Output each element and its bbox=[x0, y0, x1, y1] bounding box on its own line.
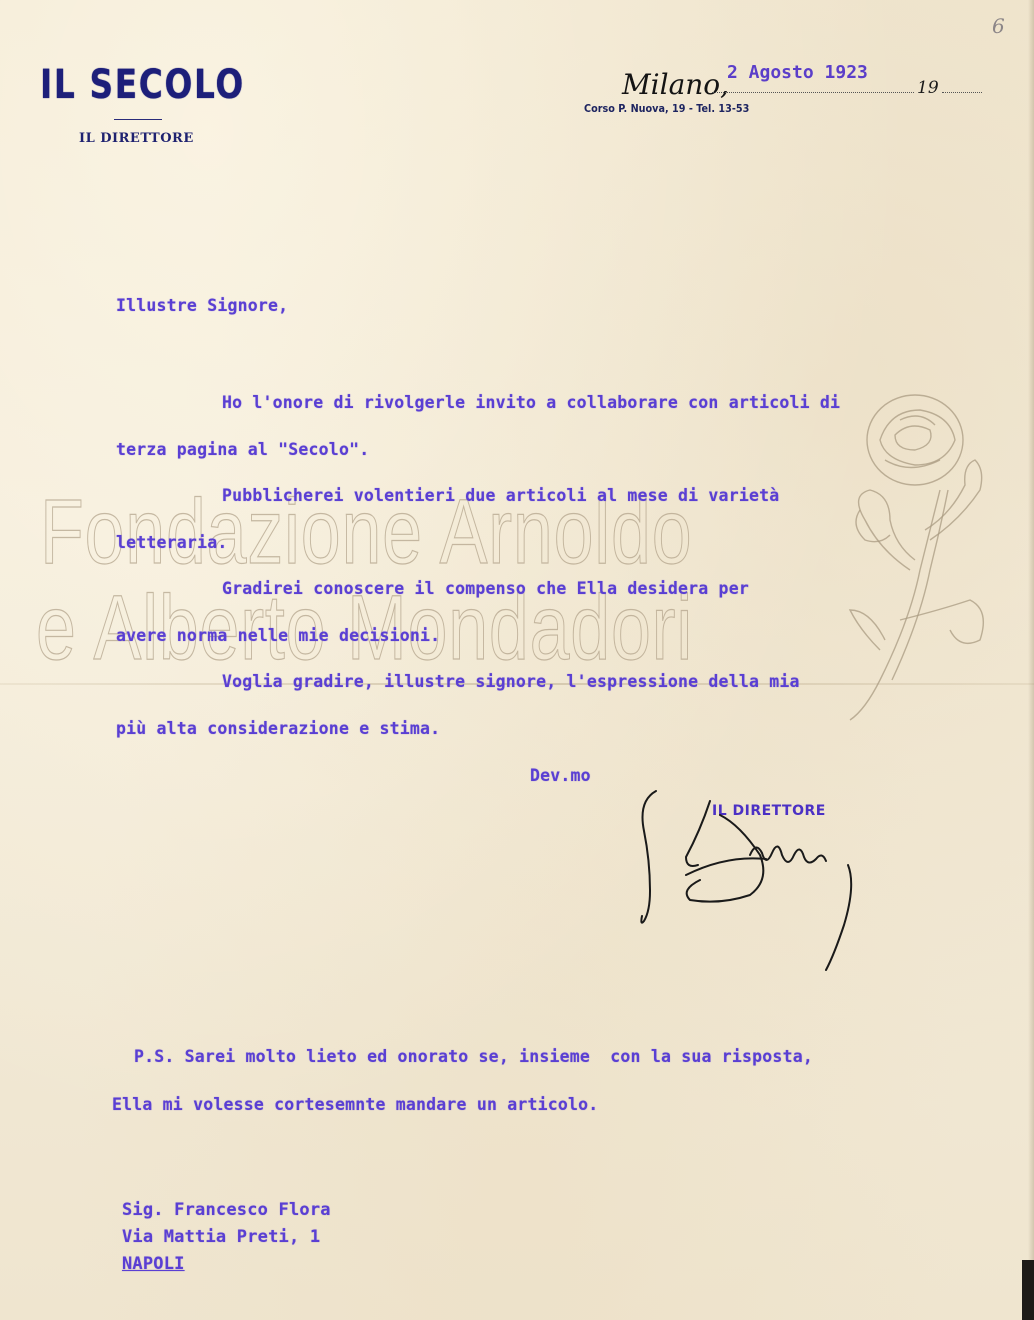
masthead-rule bbox=[114, 119, 162, 120]
newspaper-masthead: IL SECOLO bbox=[40, 62, 245, 108]
body-line-2: terza pagina al "Secolo". bbox=[116, 440, 369, 459]
closing: Dev.mo bbox=[530, 766, 591, 785]
recipient-street: Via Mattia Preti, 1 bbox=[122, 1227, 320, 1247]
letterhead-address: Corso P. Nuova, 19 - Tel. 13-53 bbox=[584, 103, 749, 115]
recipient-city: NAPOLI bbox=[122, 1254, 185, 1274]
salutation: Illustre Signore, bbox=[116, 296, 288, 315]
body-line-3: Pubblicherei volentieri due articoli al … bbox=[222, 486, 779, 505]
recipient-name: Sig. Francesco Flora bbox=[122, 1200, 331, 1220]
handwritten-signature-icon bbox=[620, 785, 880, 975]
paper-edge-shadow bbox=[1028, 0, 1034, 1320]
body-line-1: Ho l'onore di rivolgerle invito a collab… bbox=[222, 393, 840, 412]
body-line-7: Voglia gradire, illustre signore, l'espr… bbox=[222, 672, 800, 691]
date-dotted-line bbox=[712, 92, 914, 93]
body-line-5: Gradirei conoscere il compenso che Ella … bbox=[222, 579, 749, 598]
body-line-8: più alta considerazione e stima. bbox=[116, 719, 440, 738]
year-dotted-line bbox=[942, 92, 982, 93]
year-prefix: 19 bbox=[917, 78, 939, 98]
postscript-line-2: Ella mi volesse cortesemnte mandare un a… bbox=[112, 1095, 598, 1114]
letter-date: 2 Agosto 1923 bbox=[727, 62, 868, 83]
city-label: Milano, bbox=[622, 68, 729, 101]
body-line-4: letteraria. bbox=[116, 533, 227, 552]
body-line-6: avere norma nelle mie decisioni. bbox=[116, 626, 440, 645]
page-number: 6 bbox=[992, 14, 1005, 38]
masthead-subtitle: IL DIRETTORE bbox=[79, 131, 194, 146]
scan-corner bbox=[1022, 1260, 1034, 1320]
rose-watermark-icon bbox=[840, 390, 1010, 730]
postscript-line-1: P.S. Sarei molto lieto ed onorato se, in… bbox=[134, 1047, 813, 1066]
